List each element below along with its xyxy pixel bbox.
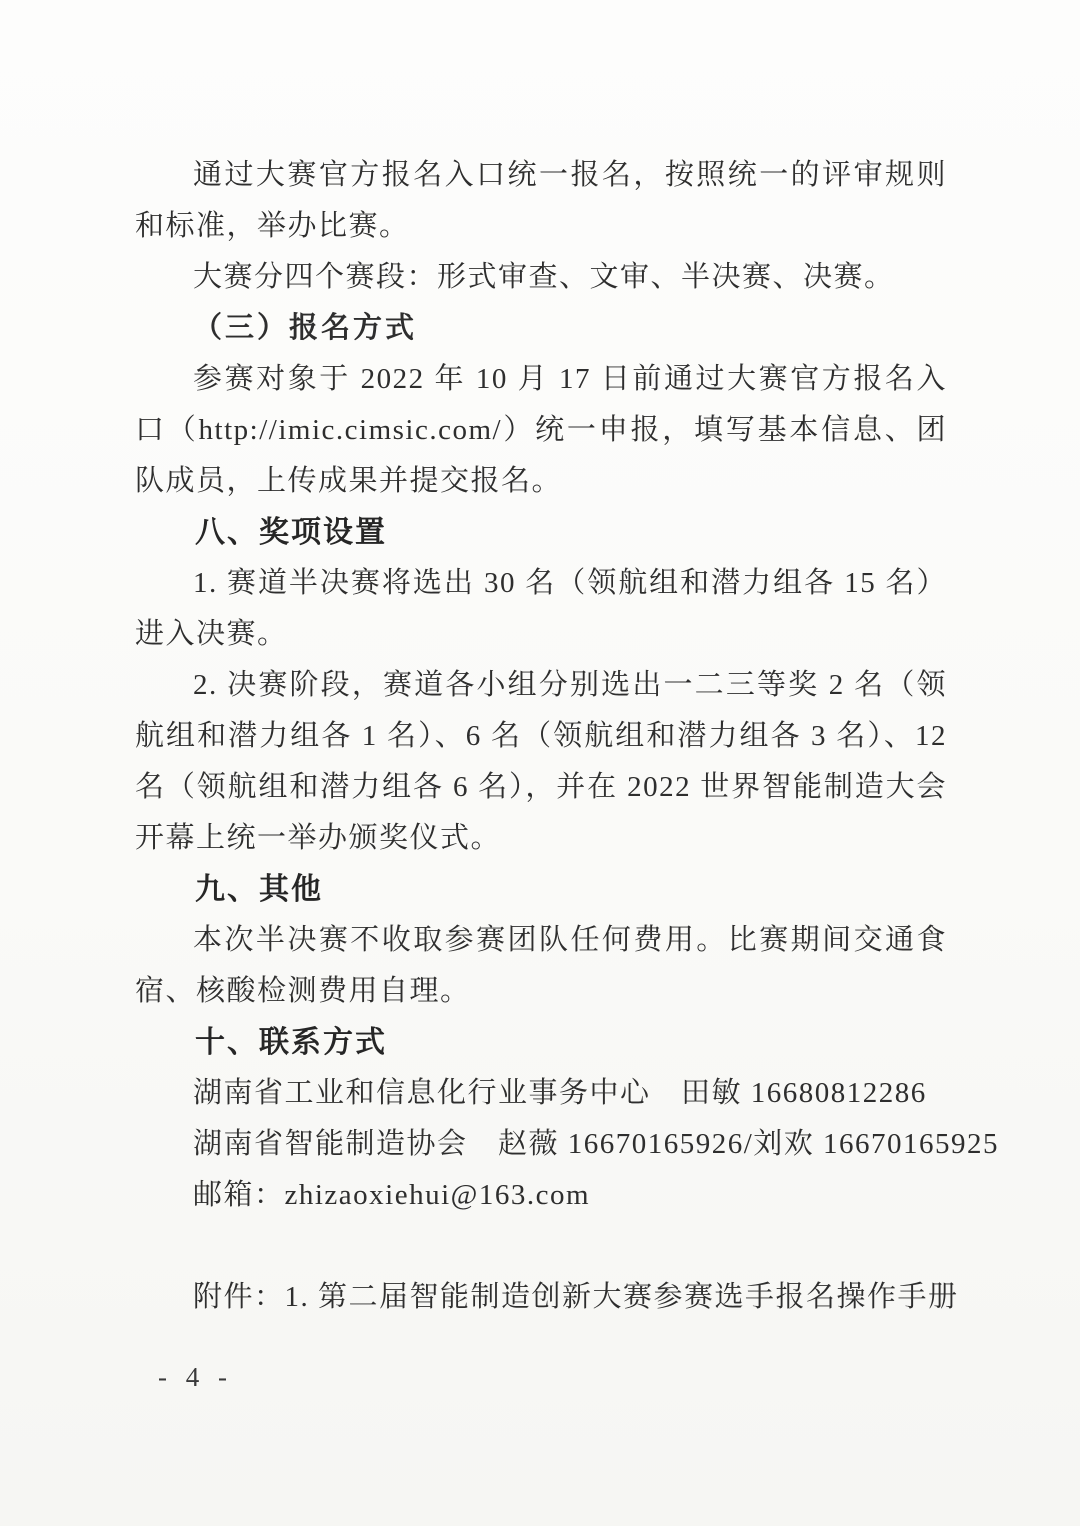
contact-line-email: 邮箱：zhizaoxiehui@163.com <box>135 1170 947 1221</box>
section-heading-others: 九、其他 <box>135 864 947 915</box>
contact-line-association: 湖南省智能制造协会 赵薇 16670165926/刘欢 16670165925 <box>135 1119 947 1170</box>
section-heading-contact: 十、联系方式 <box>135 1017 947 1068</box>
paragraph-fees: 本次半决赛不收取参赛团队任何费用。比赛期间交通食宿、核酸检测费用自理。 <box>135 915 947 1017</box>
document-body: 通过大赛官方报名入口统一报名，按照统一的评审规则和标准，举办比赛。 大赛分四个赛… <box>135 150 947 1323</box>
document-page: 通过大赛官方报名入口统一报名，按照统一的评审规则和标准，举办比赛。 大赛分四个赛… <box>0 0 1080 1526</box>
attachment-note: 附件：1. 第二届智能制造创新大赛参赛选手报名操作手册 <box>135 1272 947 1323</box>
paragraph-semifinal-selection: 1. 赛道半决赛将选出 30 名（领航组和潜力组各 15 名）进入决赛。 <box>135 558 947 660</box>
contact-line-industry-center: 湖南省工业和信息化行业事务中心 田敏 16680812286 <box>135 1068 947 1119</box>
paragraph-registration-unified: 通过大赛官方报名入口统一报名，按照统一的评审规则和标准，举办比赛。 <box>135 150 947 252</box>
paragraph-final-awards: 2. 决赛阶段，赛道各小组分别选出一二三等奖 2 名（领航组和潜力组各 1 名）… <box>135 660 947 864</box>
section-heading-awards: 八、奖项设置 <box>135 507 947 558</box>
paragraph-competition-stages: 大赛分四个赛段：形式审查、文审、半决赛、决赛。 <box>135 252 947 303</box>
subsection-heading-registration-method: （三）报名方式 <box>135 303 947 354</box>
page-number: - 4 - <box>158 1362 233 1393</box>
paragraph-registration-details: 参赛对象于 2022 年 10 月 17 日前通过大赛官方报名入口（http:/… <box>135 354 947 507</box>
